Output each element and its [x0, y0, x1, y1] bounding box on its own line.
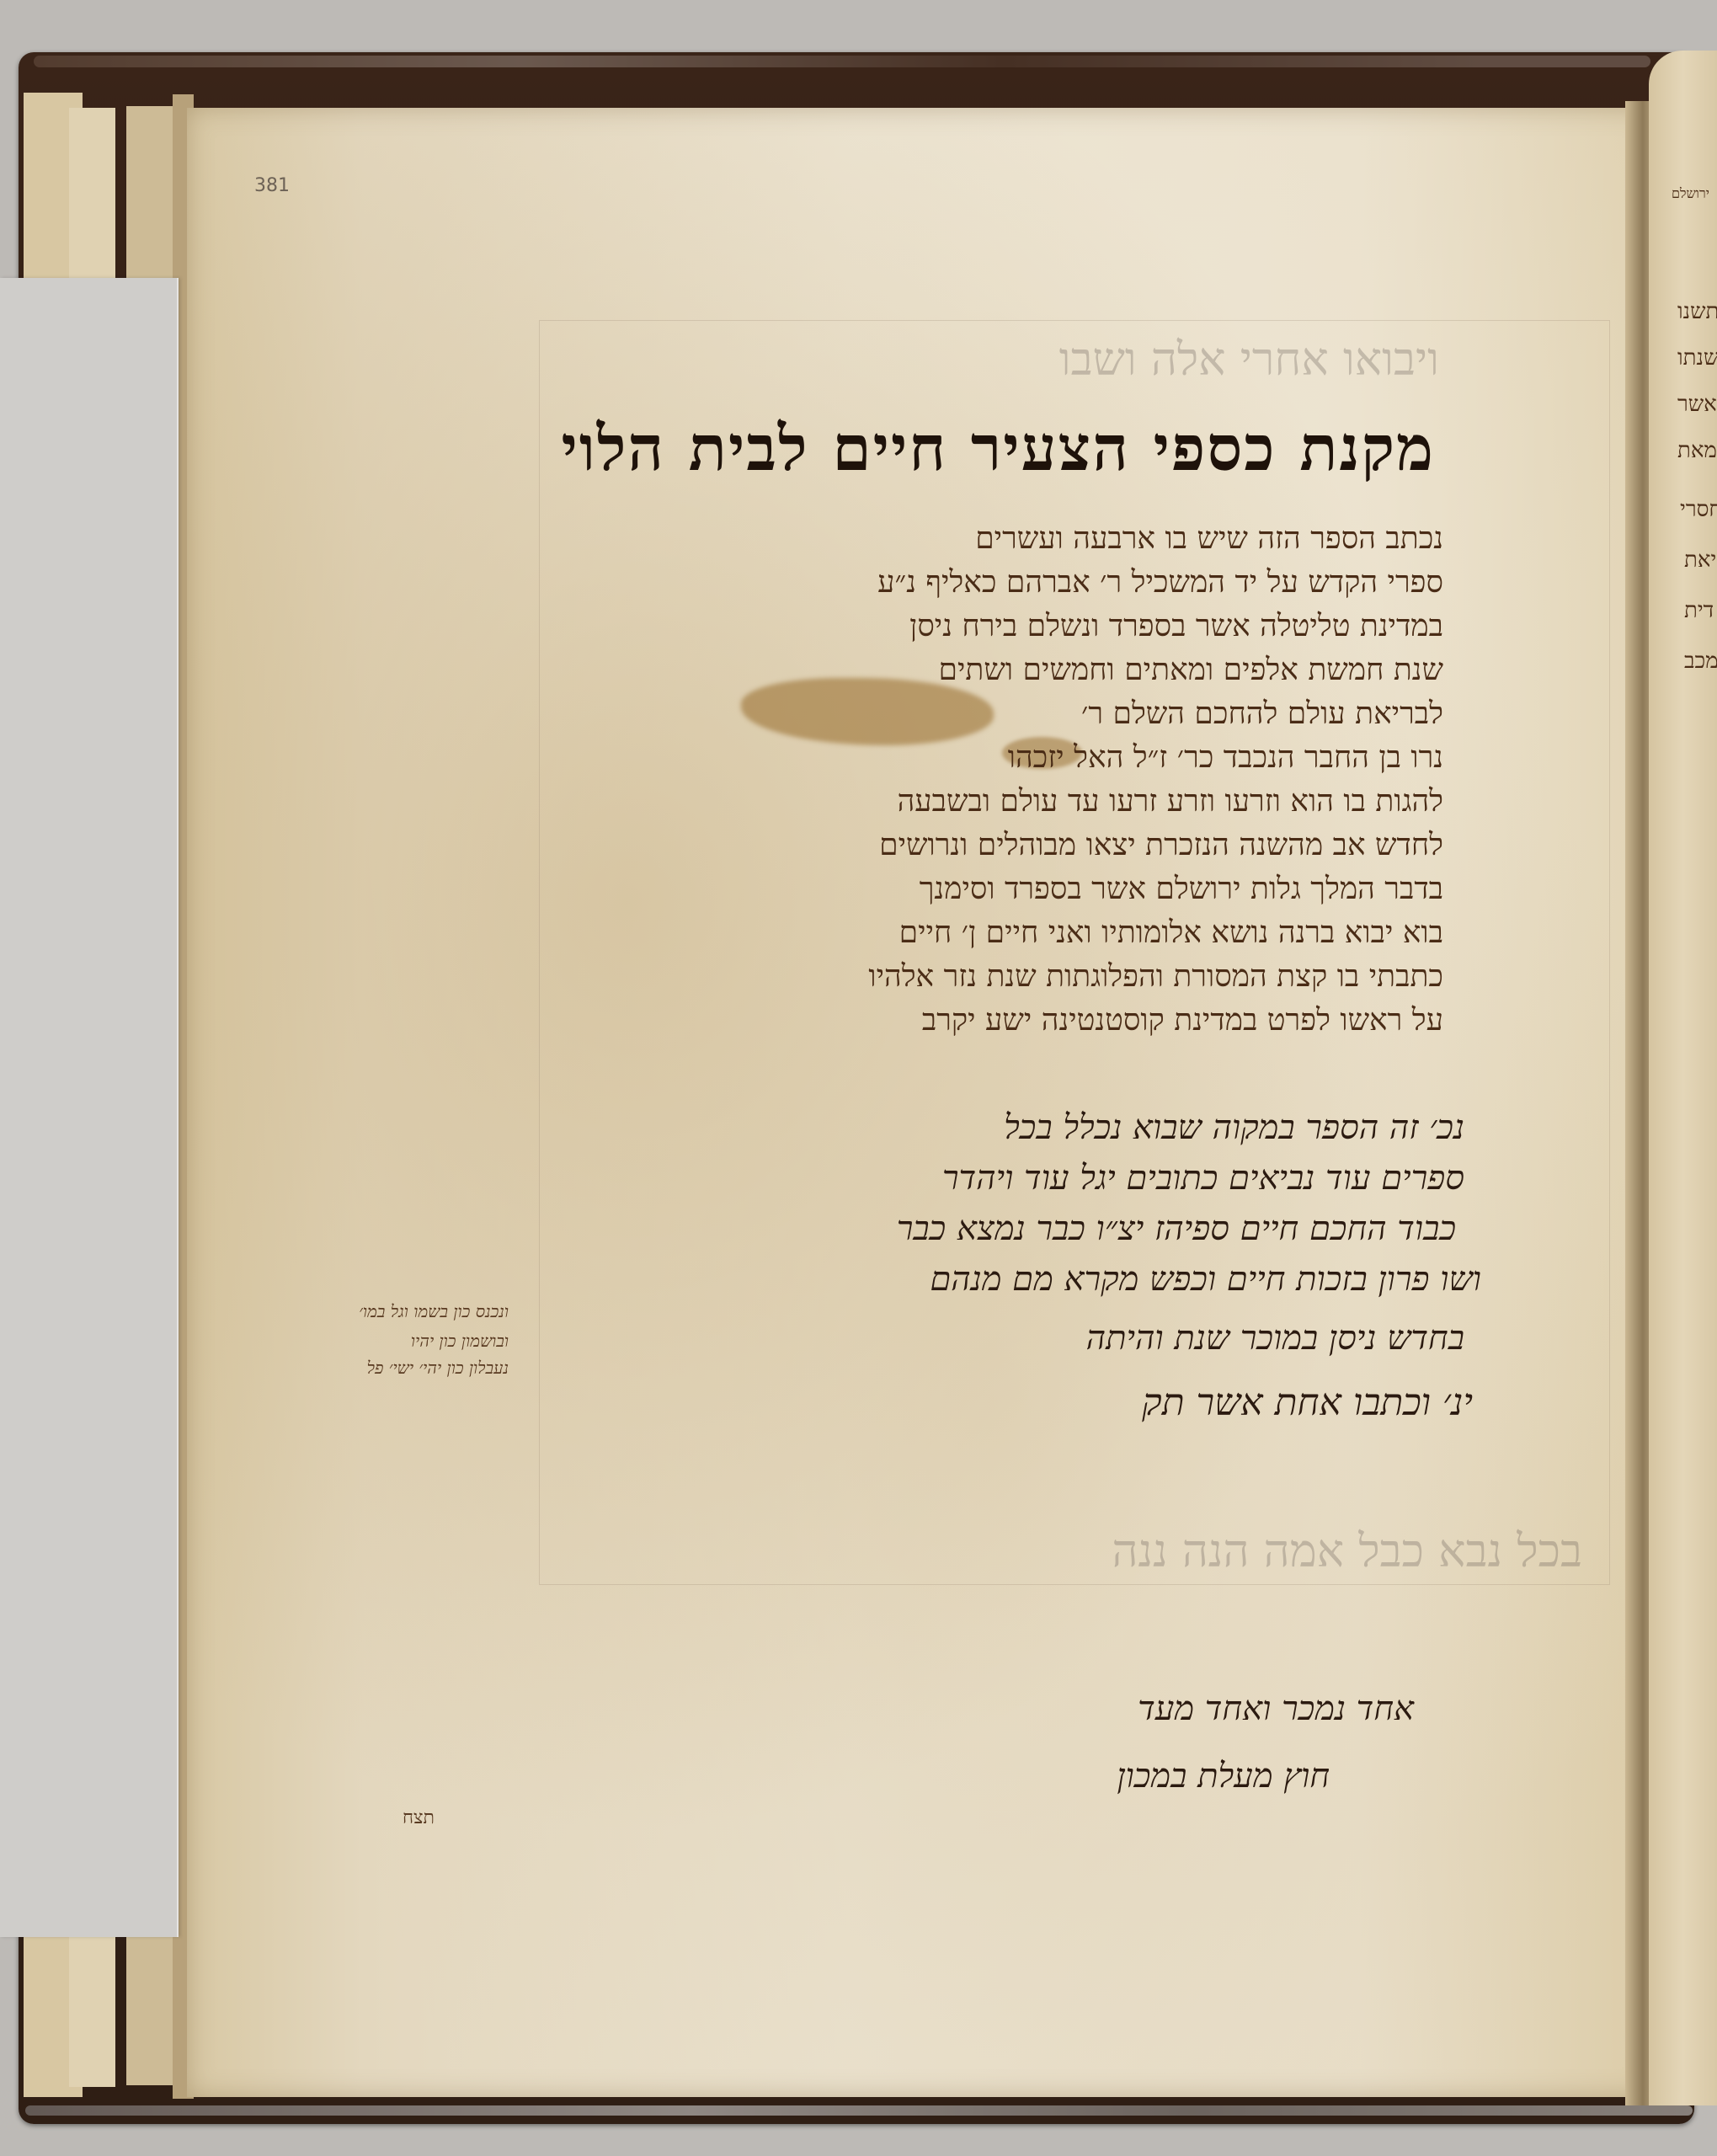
colophon-line: לחדש אב מהשנה הנזכרת יצאו מבוהלים ונרושי…: [879, 827, 1443, 862]
facing-page-fragment: כאשר: [1677, 392, 1717, 417]
binding-top-edge: [34, 56, 1650, 67]
lower-margin-mark: תצח: [403, 1806, 435, 1828]
colophon-line: כתבתי בו קצת המסורת והפלוגתות שנת נזר אל…: [868, 958, 1443, 994]
colophon-line: להגות בו הוא וזרעו וזרע זרעו עד עולם ובש…: [898, 783, 1443, 819]
facing-page-fragment: ותשנו: [1677, 299, 1717, 324]
bottom-note-line: חוץ מעלת במכון: [1117, 1756, 1330, 1796]
cursive-note-line: בחדש ניסן במוכר שנת והיתה: [1086, 1318, 1464, 1358]
colophon-line: לבריאת עולם להחכם השלם ר׳: [1081, 696, 1443, 731]
facing-page-fragment: יאת: [1684, 547, 1716, 573]
cursive-note-line: ספרים עוד נביאים כתובים יגל עוד ויהדר: [942, 1158, 1464, 1198]
cursive-note-line: נכ׳ זה הספר במקוה שבוא נכלל בכל: [1004, 1107, 1464, 1147]
grey-card-insert: [0, 278, 179, 1937]
facing-page-fragment: מכב: [1684, 648, 1717, 674]
colophon-line: בדבר המלך גלות ירושלם אשר בספרד וסימנך: [920, 871, 1443, 906]
cursive-note-line: ושו פרון בזכות חיים וכפש מקרא מם מנהם: [930, 1259, 1481, 1299]
facing-page-fragment: דית: [1684, 598, 1714, 623]
facing-page-fragment: ירושלם: [1672, 185, 1709, 202]
cursive-note-line: ינ׳ וכתבו אחת אשר תק: [1142, 1381, 1473, 1424]
colophon-line: במדינת טליטלה אשר בספרד ונשלם בירח ניסן: [909, 608, 1443, 643]
colophon-line: נרו בן החבר הנכבד כר׳ ז״ל האל יזכהו: [1008, 739, 1443, 775]
bleed-through-top: ויבואו אחרי אלה ושבו: [1059, 333, 1439, 386]
binding-bottom-edge: [25, 2105, 1693, 2116]
colophon-line: בוא יבוא ברנה נושא אלומותיו ואני חיים ן׳…: [899, 915, 1443, 950]
bottom-note-line: אחד נמכר ואחד מעד: [1138, 1689, 1414, 1728]
bleed-through-bottom: בכל נבא כבל אמה הנה ננה: [1112, 1524, 1582, 1577]
left-margin-note-line: ונכנס כון בשמו וגל במו׳: [359, 1301, 509, 1322]
colophon-line: על ראשו לפרט במדינת קוסטנטינה ישע יקרב: [922, 1002, 1443, 1038]
facing-page-fragment: חסרי: [1680, 497, 1717, 522]
colophon-line: ספרי הקדש על יד המשכיל ר׳ אברהם כאליף נ״…: [877, 564, 1443, 600]
facing-page-fragment: שתמאת: [1677, 438, 1717, 463]
facing-page-fragment: ואבשנתו: [1677, 345, 1717, 371]
ownership-title: מקנת כספי הצעיר חיים לבית הלוי: [562, 413, 1435, 486]
folio-number: 381: [254, 175, 290, 196]
colophon-line: שנת חמשת אלפים ומאתים וחמשים ושתים: [939, 652, 1443, 687]
left-margin-note-line: ובושמון כון יהיו: [411, 1331, 509, 1352]
cursive-note-line: כבוד החכם חיים ספיהז יצ״ו כבר נמצא כבר: [897, 1209, 1456, 1248]
left-margin-note-line: נעבלון כון יהי׳ ישי׳ פל: [367, 1358, 509, 1379]
colophon-line: נכתב הספר הזה שיש בו ארבעה ועשרים: [975, 520, 1443, 556]
